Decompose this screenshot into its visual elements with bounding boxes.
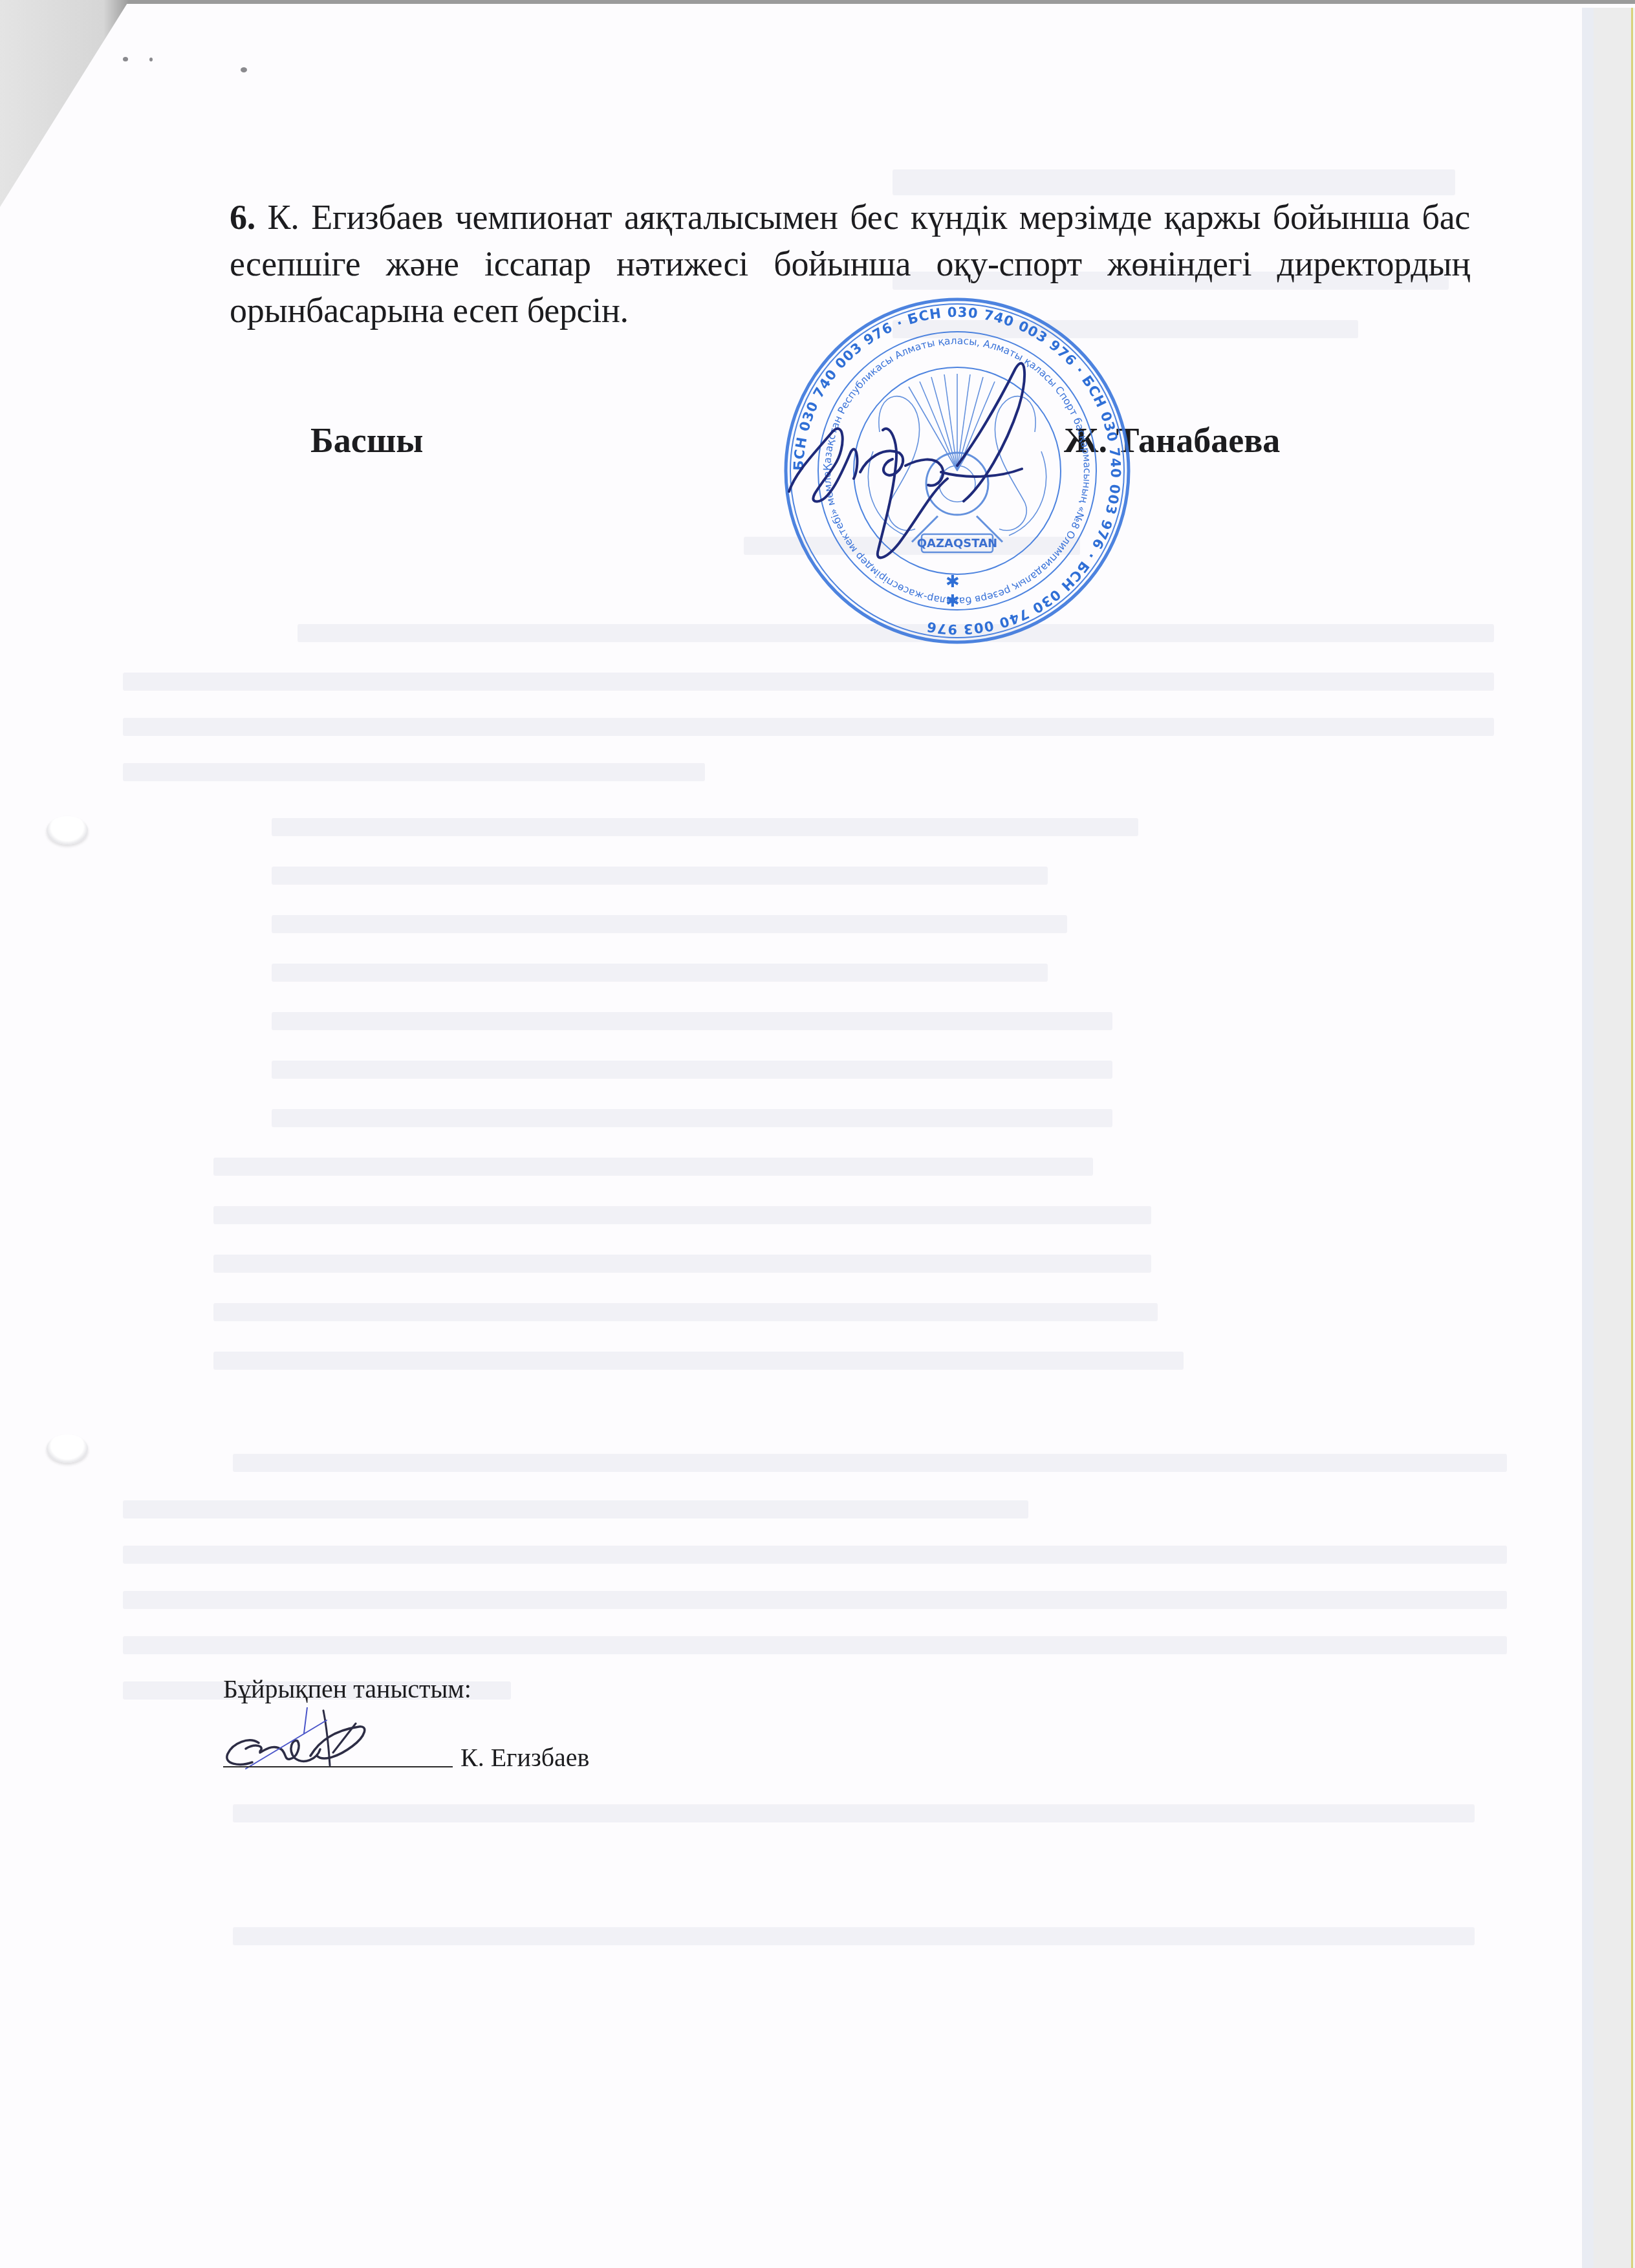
employee-signature	[220, 1707, 388, 1772]
scan-speck	[149, 58, 153, 61]
paragraph-number: 6.	[230, 198, 255, 237]
scan-speck	[123, 57, 128, 61]
scan-speck	[241, 67, 247, 72]
director-signature	[770, 336, 1106, 608]
hole-punch-mark	[47, 816, 88, 845]
signature-line	[223, 1766, 453, 1767]
folded-corner	[0, 0, 129, 207]
acknowledgment-label: Бұйрықпен таныстым:	[223, 1674, 471, 1704]
scan-top-edge	[0, 0, 1635, 4]
scan-right-edge	[1582, 8, 1635, 2268]
hole-punch-mark	[47, 1434, 88, 1463]
acknowledgment-name: К. Егизбаев	[460, 1742, 589, 1773]
signatory-role: Басшы	[310, 420, 423, 460]
